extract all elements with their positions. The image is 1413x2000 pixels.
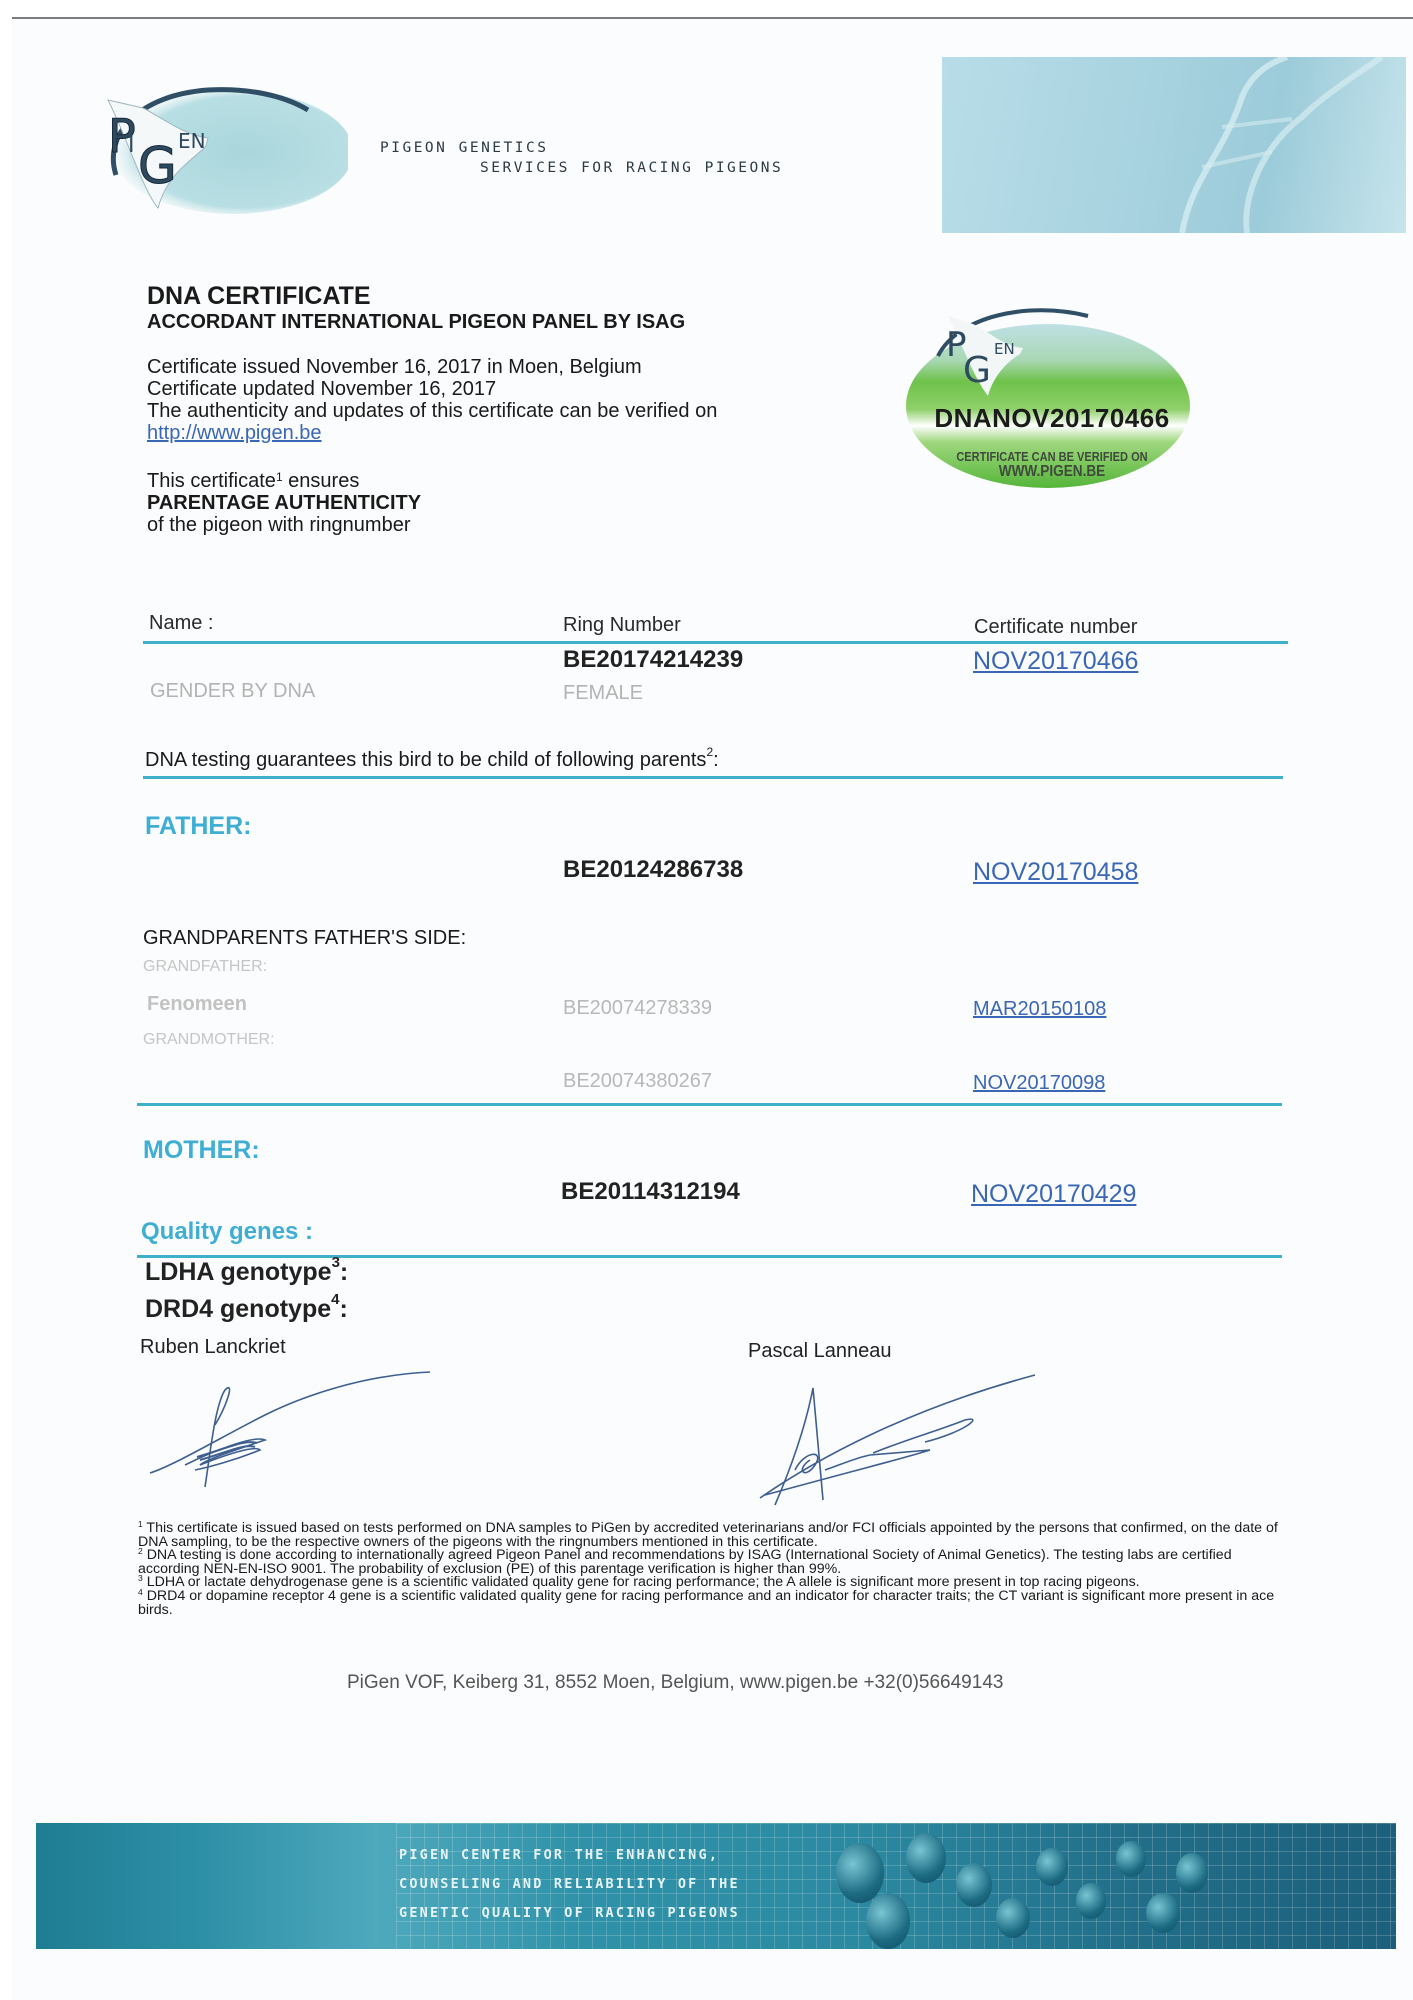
ensures-block: This certificate1 ensures PARENTAGE AUTH… [147,470,421,536]
grandmother-label: GRANDMOTHER: [143,1031,275,1049]
banner-line-3: genetic quality of racing pigeons [399,1899,740,1928]
father-heading: FATHER: [145,812,251,841]
footnote-text: DNA testing is done according to interna… [138,1547,1232,1577]
parents-intro-colon: : [713,749,719,771]
mother-ring-number: BE20114312194 [561,1178,740,1206]
footnote-4: 4 DRD4 or dopamine receptor 4 gene is a … [138,1590,1288,1617]
ensures-tail: of the pigeon with ringnumber [147,514,421,536]
signatory-name-1: Ruben Lanckriet [140,1336,286,1359]
svg-text:EN: EN [994,340,1015,358]
parentage-authenticity: PARENTAGE AUTHENTICITY [147,492,421,514]
banner-text: PiGen Center for the enhancing, counseli… [399,1841,740,1928]
divider [143,641,1288,644]
drd4-genotype: DRD4 genotype4: [145,1295,348,1324]
svg-text:G: G [963,350,991,391]
banner-line-1: PiGen Center for the enhancing, [399,1841,740,1870]
dna-bead-icon [866,1893,910,1949]
grandfather-ring-number: BE20074278339 [563,997,712,1020]
quality-genes-heading: Quality genes : [141,1218,313,1246]
dna-helix-icon [942,57,1406,233]
seal-certificate-code: DNANOV20170466 [910,403,1194,434]
dna-bead-icon [1176,1853,1208,1893]
tagline-line-2: SERVICES FOR RACING PIGEONS [380,158,783,178]
dna-bead-icon [1116,1841,1146,1877]
footnote-number: 4 [138,1587,143,1597]
drd4-label: DRD4 genotype [145,1295,331,1323]
footnote-text: DRD4 or dopamine receptor 4 gene is a sc… [138,1588,1274,1618]
svg-text:EN: EN [178,129,206,153]
divider [143,776,1283,779]
company-tagline: PIGEON GENETICS SERVICES FOR RACING PIGE… [380,138,783,178]
pigeon-certificate-link[interactable]: NOV20170466 [973,647,1138,676]
footnote-ref-2: 2 [706,745,713,759]
parents-intro: DNA testing guarantees this bird to be c… [145,749,719,772]
tagline-line-1: PIGEON GENETICS [380,140,548,156]
ring-number-label: Ring Number [563,614,681,637]
footnote-ref-3: 3 [332,1254,340,1271]
footer-banner: PiGen Center for the enhancing, counseli… [36,1823,1396,1949]
grandfather-name: Fenomeen [147,993,247,1016]
signature-1 [145,1365,445,1495]
ldha-genotype: LDHA genotype3: [145,1258,348,1287]
dna-bead-icon [1076,1883,1106,1919]
svg-text:G: G [138,137,177,195]
company-address: PiGen VOF, Keiberg 31, 8552 Moen, Belgiu… [347,1672,1003,1694]
footnote-1: 1 This certificate is issued based on te… [138,1522,1288,1549]
seal-verify-line: CERTIFICATE CAN BE VERIFIED ON [931,449,1172,464]
dna-bead-icon [1036,1848,1068,1886]
father-certificate-link[interactable]: NOV20170458 [973,858,1138,887]
name-label: Name : [149,612,213,635]
certificate-number-label: Certificate number [974,616,1137,639]
dna-bead-icon [996,1898,1030,1938]
gender-value: FEMALE [563,682,643,705]
signature-2 [755,1370,1055,1510]
footnotes: 1 This certificate is issued based on te… [138,1522,1288,1617]
ensures-suffix: ensures [283,470,360,492]
grandfather-label: GRANDFATHER: [143,958,267,976]
svg-text:I: I [128,133,135,158]
footnote-2: 2 DNA testing is done according to inter… [138,1549,1288,1576]
footnote-text: This certificate is issued based on test… [138,1520,1278,1550]
pigeon-ring-number: BE20174214239 [563,646,743,674]
footnote-number: 3 [138,1573,143,1583]
certificate-info: Certificate issued November 16, 2017 in … [147,356,717,444]
issued-date: Certificate issued November 16, 2017 in … [147,356,717,378]
ensures-prefix: This certificate [147,470,276,492]
certificate-subtitle: ACCORDANT INTERNATIONAL PIGEON PANEL BY … [147,311,685,334]
mother-heading: MOTHER: [143,1136,260,1165]
father-ring-number: BE20124286738 [563,856,743,884]
grandparents-heading: GRANDPARENTS FATHER'S SIDE: [143,927,466,950]
footnote-number: 1 [138,1519,143,1529]
grandmother-ring-number: BE20074380267 [563,1070,712,1093]
dna-bead-icon [1146,1893,1180,1933]
grandmother-certificate-link[interactable]: NOV20170098 [973,1072,1105,1095]
seal-website: WWW.PIGEN.BE [931,463,1172,481]
mother-certificate-link[interactable]: NOV20170429 [971,1180,1136,1209]
footnote-ref-1: 1 [276,470,283,484]
signatory-name-2: Pascal Lanneau [748,1340,891,1363]
certificate-title: DNA CERTIFICATE [147,282,371,311]
verify-text: The authenticity and updates of this cer… [147,400,717,422]
ldha-colon: : [340,1258,348,1286]
dna-helix-image [942,57,1406,233]
gender-label: GENDER BY DNA [150,680,315,703]
banner-line-2: counseling and reliability of the [399,1870,740,1899]
pigen-logo: P I G EN [98,80,348,215]
footnote-ref-4: 4 [331,1291,339,1308]
updated-date: Certificate updated November 16, 2017 [147,378,717,400]
divider [137,1103,1282,1106]
footnote-number: 2 [138,1546,143,1556]
dna-bead-icon [956,1863,992,1907]
dna-bead-icon [836,1843,884,1903]
verify-link[interactable]: http://www.pigen.be [147,422,322,444]
drd4-colon: : [339,1295,347,1323]
dna-bead-icon [906,1833,946,1883]
parents-intro-text: DNA testing guarantees this bird to be c… [145,749,706,771]
grandfather-certificate-link[interactable]: MAR20150108 [973,998,1106,1021]
ldha-label: LDHA genotype [145,1258,332,1286]
